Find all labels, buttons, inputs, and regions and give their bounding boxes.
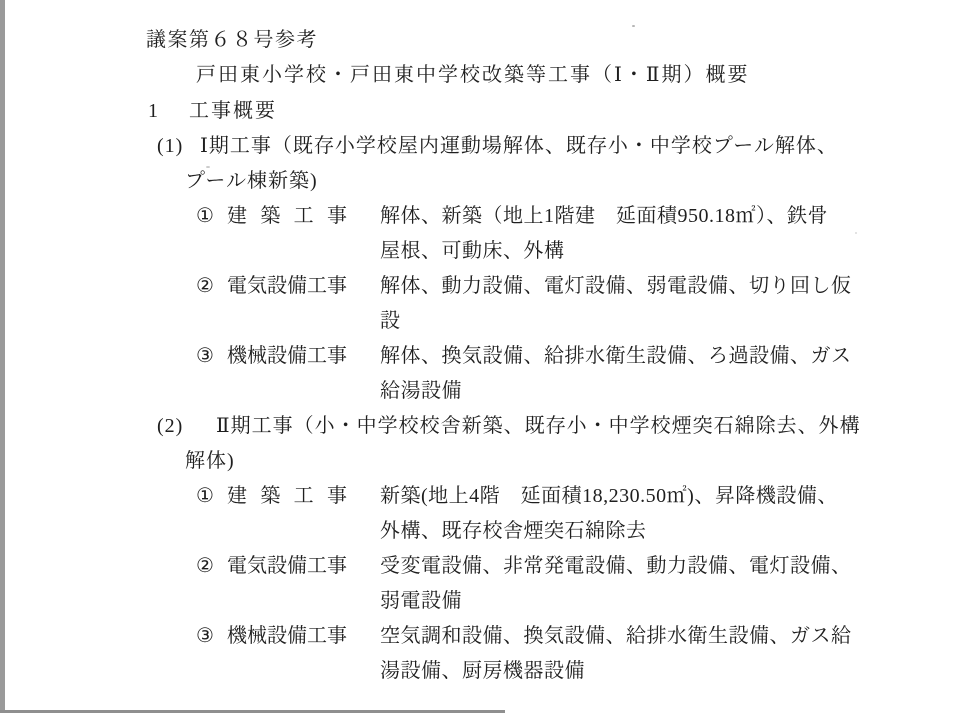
document-title: 戸田東小学校・戸田東中学校改築等工事（Ⅰ・Ⅱ期）概要 bbox=[196, 63, 750, 87]
phase1-item1-row-cont: 屋根、可動床、外構 bbox=[0, 239, 960, 267]
phase2-name-line1: Ⅱ期工事（小・中学校校舎新築、既存小・中学校煙突石綿除去、外構 bbox=[216, 414, 861, 438]
phase2-item3-label: 機械設備工事 bbox=[227, 624, 347, 648]
phase2-item1-desc-line2: 外構、既存校舎煙突石綿除去 bbox=[380, 519, 647, 543]
phase2-name-line2: 解体) bbox=[185, 449, 235, 473]
doc-reference: 議案第６８号参考 bbox=[146, 28, 318, 52]
section-number: 1 bbox=[148, 99, 159, 123]
circled-number-icon: ③ bbox=[196, 624, 214, 648]
phase1-item2-label: 電気設備工事 bbox=[227, 274, 347, 298]
phase2-item2-desc-line2: 弱電設備 bbox=[380, 589, 462, 613]
scanned-document-page: 議案第６８号参考 戸田東小学校・戸田東中学校改築等工事（Ⅰ・Ⅱ期）概要 1 工事… bbox=[0, 0, 960, 713]
phase1-item3-label: 機械設備工事 bbox=[227, 344, 347, 368]
phase2-item3-row-cont: 湯設備、厨房機器設備 bbox=[0, 659, 960, 687]
phase2-item3-row: ③ 機械設備工事 空気調和設備、換気設備、給排水衛生設備、ガス給 bbox=[0, 624, 960, 652]
phase1-item1-label: 建築工事 bbox=[227, 204, 347, 228]
phase1-item3-row-cont: 給湯設備 bbox=[0, 379, 960, 407]
section-heading: 工事概要 bbox=[189, 99, 277, 123]
phase1-item1-desc-line2: 屋根、可動床、外構 bbox=[380, 239, 565, 263]
scan-speck bbox=[632, 25, 635, 27]
phase1-item1-desc-line1: 解体、新築（地上1階建 延面積950.18㎡）、鉄骨 bbox=[380, 204, 828, 228]
scan-speck bbox=[855, 232, 857, 234]
circled-number-icon: ② bbox=[196, 274, 214, 298]
phase2-number: (2) bbox=[157, 414, 183, 438]
phase2-item1-desc-line1: 新築(地上4階 延面積18,230.50㎡)、昇降機設備、 bbox=[380, 484, 838, 508]
phase2-item1-row: ① 建築工事 新築(地上4階 延面積18,230.50㎡)、昇降機設備、 bbox=[0, 484, 960, 512]
phase1-item3-desc-line1: 解体、換気設備、給排水衛生設備、ろ過設備、ガス bbox=[380, 344, 852, 368]
phase1-item2-row-cont: 設 bbox=[0, 309, 960, 337]
phase2-item2-row: ② 電気設備工事 受変電設備、非常発電設備、動力設備、電灯設備、 bbox=[0, 554, 960, 582]
phase1-number: (1) bbox=[157, 134, 183, 158]
phase1-item2-desc-line1: 解体、動力設備、電灯設備、弱電設備、切り回し仮 bbox=[380, 274, 852, 298]
phase2-item2-row-cont: 弱電設備 bbox=[0, 589, 960, 617]
circled-number-icon: ② bbox=[196, 554, 214, 578]
phase2-item2-desc-line1: 受変電設備、非常発電設備、動力設備、電灯設備、 bbox=[380, 554, 852, 578]
circled-number-icon: ① bbox=[196, 204, 214, 228]
circled-number-icon: ① bbox=[196, 484, 214, 508]
circled-number-icon: ③ bbox=[196, 344, 214, 368]
phase1-item2-row: ② 電気設備工事 解体、動力設備、電灯設備、弱電設備、切り回し仮 bbox=[0, 274, 960, 302]
phase1-name-line2: プール棟新築) bbox=[185, 169, 318, 193]
phase1-item2-desc-line2: 設 bbox=[380, 309, 401, 333]
phase2-item1-row-cont: 外構、既存校舎煙突石綿除去 bbox=[0, 519, 960, 547]
phase1-name-line1: Ⅰ期工事（既存小学校屋内運動場解体、既存小・中学校プール解体、 bbox=[200, 134, 838, 158]
phase2-item3-desc-line2: 湯設備、厨房機器設備 bbox=[380, 659, 585, 683]
phase1-item1-row: ① 建築工事 解体、新築（地上1階建 延面積950.18㎡）、鉄骨 bbox=[0, 204, 960, 232]
phase2-item1-label: 建築工事 bbox=[227, 484, 347, 508]
phase1-item3-desc-line2: 給湯設備 bbox=[380, 379, 462, 403]
phase2-item2-label: 電気設備工事 bbox=[227, 554, 347, 578]
phase2-item3-desc-line1: 空気調和設備、換気設備、給排水衛生設備、ガス給 bbox=[380, 624, 852, 648]
scan-speck bbox=[206, 166, 210, 168]
phase1-item3-row: ③ 機械設備工事 解体、換気設備、給排水衛生設備、ろ過設備、ガス bbox=[0, 344, 960, 372]
